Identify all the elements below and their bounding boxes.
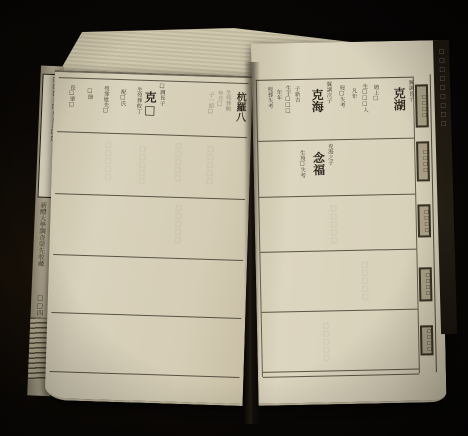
entry-header: □調長子 [158,83,164,106]
left-page: 杭羅八 生歿葬闕 年月□ 子一紹□ □調長子 克□ 生歿葬攸丁 配□氏 歿葬妣先… [45,70,253,406]
entry-header: 克海之子 [326,143,332,165]
row-line [262,309,418,313]
entry-detail: 生歿葬闕 [224,89,230,111]
row-line [51,312,241,319]
entry-detail: 生□□□人 [361,84,367,113]
book-photograph: □□□氏□修族譜□□ 新醴大學調查榮先收藏 □□四十一 杭羅八 生歿葬闕 年月□… [0,0,468,436]
row-line [57,131,247,138]
ghost-text: □□□□□ [329,204,337,244]
row-line [50,371,240,378]
row-line [55,193,245,200]
row-line [263,374,419,378]
row-line [259,194,415,198]
right-page: 翼調長子 克湖 娉上□ 生□□□人 凡年 歿□失考 翼調次子 克海 子新吉 生于… [251,40,447,406]
gutter-shadow [244,62,260,424]
right-page-table: 翼調長子 克湖 娉上□ 生□□□人 凡年 歿□失考 翼調次子 克海 子新吉 生于… [256,77,420,377]
ghost-text: □□□□□ [361,261,369,301]
margin-tab-stamp: □□□□ [416,141,430,181]
entry-name: 克湖 [393,87,405,111]
entry-header: 翼調次子 [325,81,331,103]
entry-header: 翼調長子 [407,80,413,102]
ghost-text: □□□□□ [104,141,112,181]
margin-tab-stamp: □□□□ [417,204,431,237]
entry-detail: 歿葬失考 [266,87,272,109]
entry-detail: 娉上□ [372,84,378,101]
ghost-text: □□□□□ [205,145,213,185]
ghost-text: □□□□□ [322,321,330,361]
entry-detail: 子新吉 [293,86,299,103]
entry-detail: 生歿葬攸丁 [135,87,141,115]
spine-handwritten-annotation: 新醴大學調查榮先收藏 [36,202,49,286]
entry-detail: 子一紹□ [207,92,213,115]
entry-name: 克□ [144,91,157,117]
entry-detail: 歿葬妣先□ [102,86,108,114]
entry-detail: 生于□□□ [284,85,290,114]
entry-detail: 年年 [275,89,281,100]
margin-tab-stamp: □□□□ [419,267,433,301]
entry-detail: 年月□ [216,90,222,107]
entry-detail: □節 [86,88,92,100]
left-page-table: 杭羅八 生歿葬闕 年月□ 子一紹□ □調長子 克□ 生歿葬攸丁 配□氏 歿葬妣先… [49,77,248,380]
entry-detail: 長□單□ [68,84,74,107]
open-genealogy-book: □□□氏□修族譜□□ 新醴大學調查榮先收藏 □□四十一 杭羅八 生歿葬闕 年月□… [36,24,454,434]
margin-tab-stamp: □□□□ [415,84,429,127]
row-line [258,138,414,142]
entry-name: 念福 [312,151,325,175]
ghost-text: □□□□□ [174,204,182,244]
entry-detail: 生歿□失考 [298,150,304,178]
ghost-text: □□□□□ [137,145,145,185]
entry-detail: 歿□失考 [338,85,344,108]
entry-detail: 凡年 [350,88,356,99]
row-line [53,254,243,261]
margin-tab-stamp: □□□□ [420,325,434,355]
ghost-text: □□□□□ [174,142,182,182]
row-line [263,369,419,373]
entry-name: 克海 [311,89,324,113]
row-line [260,249,416,253]
entry-detail: 配□氏 [119,89,125,106]
entry-name: 杭羅八 [233,92,244,122]
